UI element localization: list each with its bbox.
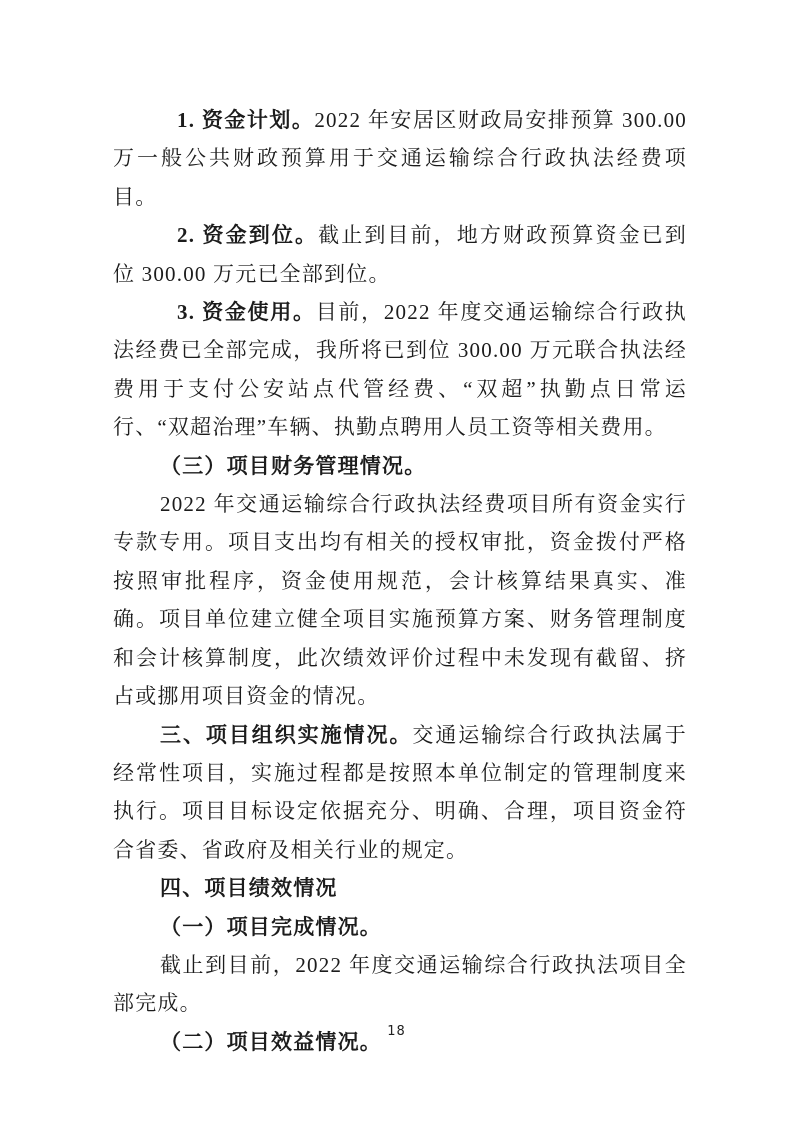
heading-completion: （一）项目完成情况。 — [113, 908, 687, 946]
paragraph-lead: 1. 资金计划。 — [177, 108, 314, 132]
heading-lead: （一）项目完成情况。 — [160, 915, 382, 939]
heading-lead: （三）项目财务管理情况。 — [160, 454, 426, 478]
heading-financial-management: （三）项目财务管理情况。 — [113, 447, 687, 485]
paragraph-lead: 3. 资金使用。 — [177, 300, 316, 324]
document-page: 1. 资金计划。2022 年安居区财政局安排预算 300.00 万一般公共财政预… — [0, 0, 793, 1122]
heading-performance: 四、项目绩效情况 — [113, 869, 687, 907]
document-body: 1. 资金计划。2022 年安居区财政局安排预算 300.00 万一般公共财政预… — [113, 101, 687, 1061]
paragraph-lead: 2. 资金到位。 — [177, 223, 318, 247]
paragraph-financial-detail: 2022 年交通运输综合行政执法经费项目所有资金实行专款专用。项目支出均有相关的… — [113, 485, 687, 715]
paragraph-fund-arrival: 2. 资金到位。截止到目前，地方财政预算资金已到位 300.00 万元已全部到位… — [113, 216, 687, 293]
paragraph-text: 截止到目前，2022 年度交通运输综合行政执法项目全部完成。 — [113, 953, 687, 1015]
heading-lead: 四、项目绩效情况 — [160, 876, 338, 900]
paragraph-completion-detail: 截止到目前，2022 年度交通运输综合行政执法项目全部完成。 — [113, 946, 687, 1023]
paragraph-fund-plan: 1. 资金计划。2022 年安居区财政局安排预算 300.00 万一般公共财政预… — [113, 101, 687, 216]
paragraph-org-implementation: 三、项目组织实施情况。交通运输综合行政执法属于经常性项目，实施过程都是按照本单位… — [113, 716, 687, 870]
paragraph-fund-usage: 3. 资金使用。目前，2022 年度交通运输综合行政执法经费已全部完成，我所将已… — [113, 293, 687, 447]
paragraph-text: 2022 年交通运输综合行政执法经费项目所有资金实行专款专用。项目支出均有相关的… — [113, 492, 687, 708]
paragraph-lead: 三、项目组织实施情况。 — [160, 723, 412, 747]
page-number: 18 — [0, 1024, 793, 1039]
